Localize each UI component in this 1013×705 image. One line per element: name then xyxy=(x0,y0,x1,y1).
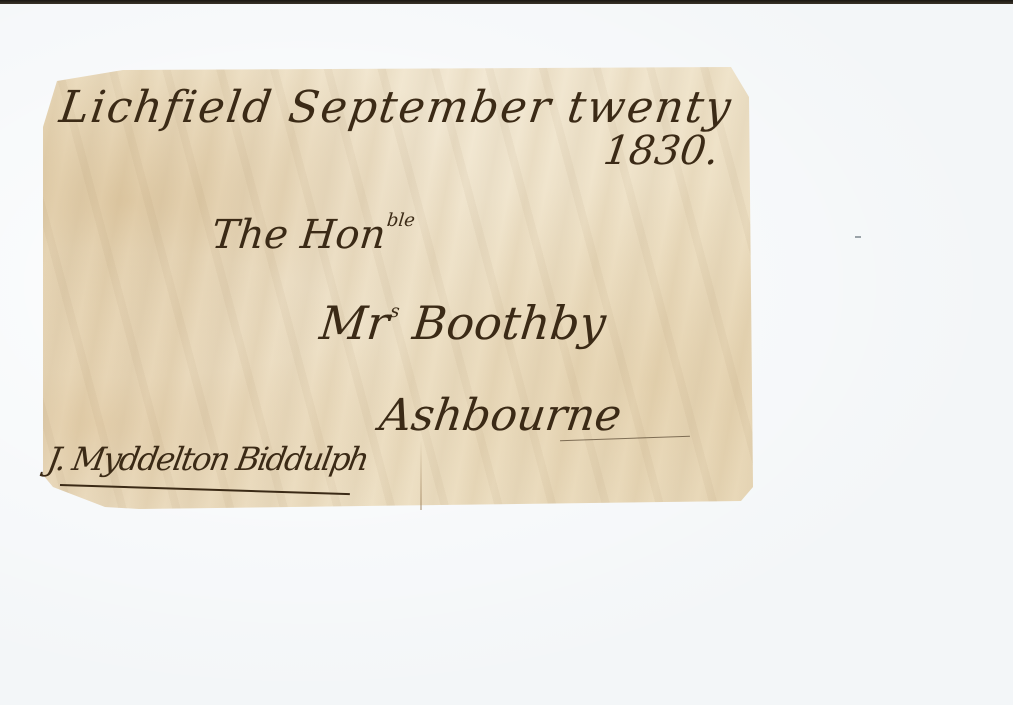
addressee-text: Mrs Boothby xyxy=(317,296,608,350)
place-text: Ashbourne xyxy=(376,390,624,441)
honorific-superscript: ble xyxy=(386,210,416,231)
addressee-name: Boothby xyxy=(410,296,608,350)
year-text: 1830. xyxy=(601,128,722,174)
paper-tear-line xyxy=(420,440,422,510)
addressee-title-superscript: s xyxy=(389,301,400,322)
honorific: The Hon xyxy=(209,212,387,258)
honorific-text: The Honble xyxy=(209,210,416,258)
franking-signature: J. Myddelton Biddulph xyxy=(45,440,371,478)
dust-speck xyxy=(855,236,861,238)
addressee-title: Mr xyxy=(317,296,392,350)
dateline-text: Lichfield September twenty xyxy=(56,82,735,133)
